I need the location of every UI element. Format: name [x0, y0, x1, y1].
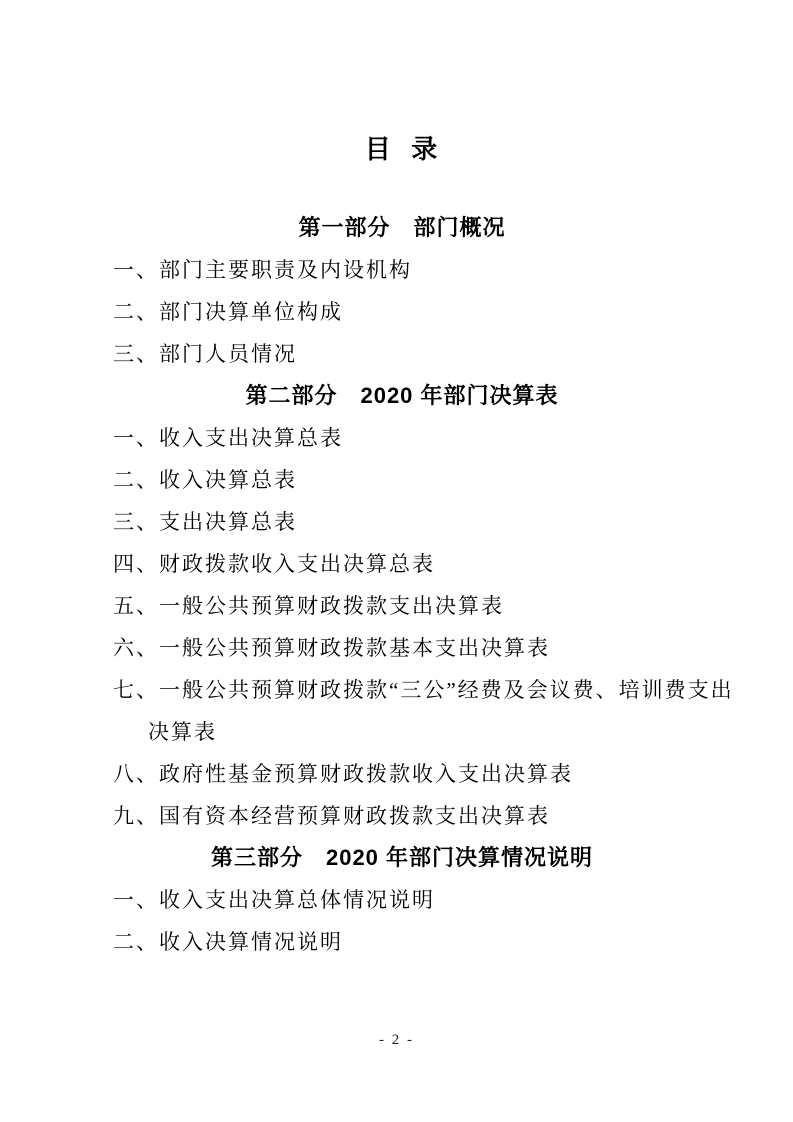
toc-item: 五、一般公共预算财政拨款支出决算表 — [113, 585, 691, 627]
page-number: - 2 - — [0, 1032, 793, 1049]
toc-item: 七、一般公共预算财政拨款“三公”经费及会议费、培训费支出 决算表 — [113, 669, 691, 753]
section-heading-3: 第三部分 2020 年部门决算情况说明 — [113, 837, 691, 879]
toc-item: 三、部门人员情况 — [113, 333, 691, 375]
toc-item: 四、财政拨款收入支出决算总表 — [113, 543, 691, 585]
toc-item: 八、政府性基金预算财政拨款收入支出决算表 — [113, 753, 691, 795]
toc-content: 目 录 第一部分 部门概况一、部门主要职责及内设机构二、部门决算单位构成三、部门… — [113, 0, 691, 963]
section-heading-1: 第一部分 部门概况 — [113, 207, 691, 249]
toc-item: 三、支出决算总表 — [113, 501, 691, 543]
section-heading-2: 第二部分 2020 年部门决算表 — [113, 375, 691, 417]
toc-item: 二、部门决算单位构成 — [113, 291, 691, 333]
toc-item: 九、国有资本经营预算财政拨款支出决算表 — [113, 795, 691, 837]
table-of-contents: 第一部分 部门概况一、部门主要职责及内设机构二、部门决算单位构成三、部门人员情况… — [113, 207, 691, 963]
toc-item: 一、收入支出决算总表 — [113, 417, 691, 459]
toc-item: 六、一般公共预算财政拨款基本支出决算表 — [113, 627, 691, 669]
toc-item: 二、收入决算总表 — [113, 459, 691, 501]
toc-item: 一、部门主要职责及内设机构 — [113, 249, 691, 291]
toc-item: 二、收入决算情况说明 — [113, 921, 691, 963]
page-title: 目 录 — [113, 128, 691, 170]
toc-item: 一、收入支出决算总体情况说明 — [113, 879, 691, 921]
document-page: 目 录 第一部分 部门概况一、部门主要职责及内设机构二、部门决算单位构成三、部门… — [0, 0, 793, 1122]
